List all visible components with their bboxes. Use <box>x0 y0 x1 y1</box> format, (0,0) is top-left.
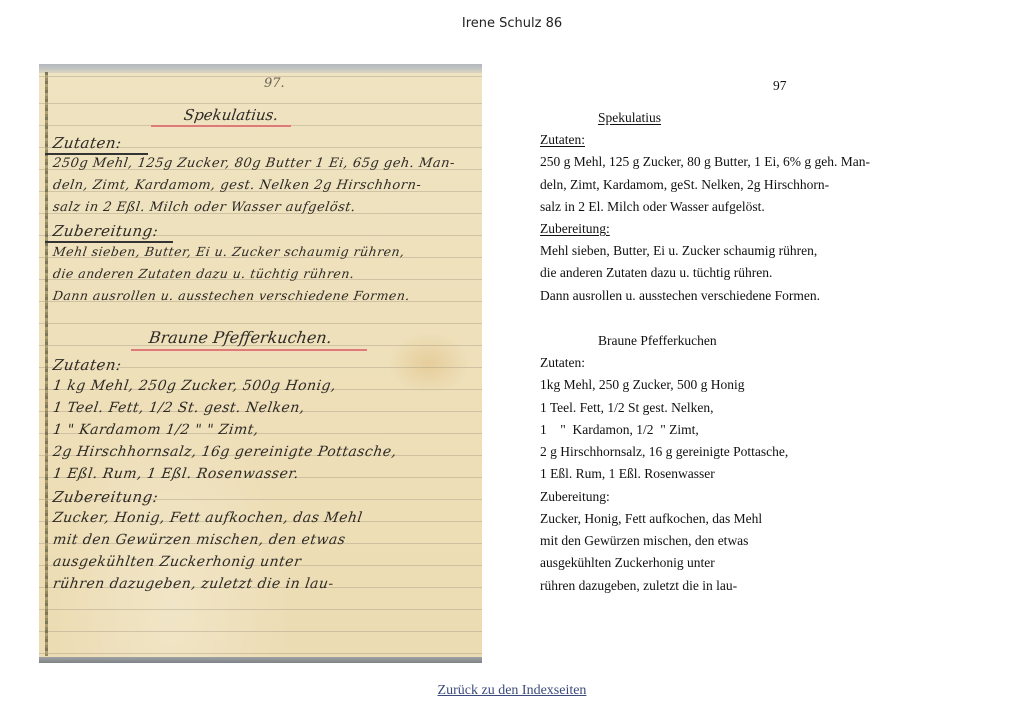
page-top-edge <box>39 64 482 73</box>
handwritten-line: salz in 2 Eßl. Milch oder Wasser aufgelö… <box>52 200 357 215</box>
notebook-binding <box>45 72 48 656</box>
handwritten-ingredients-label: Zutaten: <box>52 134 123 152</box>
handwritten-line: 1 kg Mehl, 250g Zucker, 500g Honig, <box>52 378 337 394</box>
preparation-line: ausgekühlten Zuckerhonig unter <box>540 555 715 571</box>
scanned-recipe-page-image: 97. Spekulatius. Zutaten: 250g Mehl, 125… <box>39 64 482 663</box>
transcription-page-number: 97 <box>773 78 787 94</box>
preparation-label: Zubereitung: <box>540 221 610 237</box>
label-underline <box>45 241 173 243</box>
preparation-line: Dann ausrollen u. ausstechen verschieden… <box>540 288 820 304</box>
handwritten-line: rühren dazugeben, zuletzt die in lau- <box>52 576 335 592</box>
handwritten-line: die anderen Zutaten dazu u. tüchtig rühr… <box>52 266 356 281</box>
ingredient-line: deln, Zimt, Kardamom, geSt. Nelken, 2g H… <box>540 177 829 193</box>
handwritten-ingredients-label: Zutaten: <box>52 356 123 374</box>
handwritten-line: Mehl sieben, Butter, Ei u. Zucker schaum… <box>52 244 406 259</box>
preparation-label: Zubereitung: <box>540 489 610 505</box>
handwritten-preparation-label: Zubereitung: <box>52 488 160 506</box>
handwritten-title-spekulatius: Spekulatius. <box>183 106 280 124</box>
page-bottom-edge <box>39 657 482 663</box>
preparation-line: rühren dazugeben, zuletzt die in lau- <box>540 578 737 594</box>
handwritten-line: deln, Zimt, Kardamom, gest. Nelken 2g Hi… <box>52 178 422 193</box>
preparation-line: mit den Gewürzen mischen, den etwas <box>540 533 748 549</box>
ingredient-line: 1 " Kardamon, 1/2 " Zimt, <box>540 422 699 438</box>
ingredient-line: 1 Eßl. Rum, 1 Eßl. Rosenwasser <box>540 466 715 482</box>
label-underline <box>45 153 148 155</box>
ingredient-line: salz in 2 El. Milch oder Wasser aufgelös… <box>540 199 765 215</box>
ingredients-label: Zutaten: <box>540 355 585 371</box>
ingredient-line: 1kg Mehl, 250 g Zucker, 500 g Honig <box>540 377 745 393</box>
handwritten-line: 1 " Kardamom 1/2 " " Zimt, <box>52 422 260 438</box>
red-title-underline <box>131 349 367 351</box>
handwritten-line: Zucker, Honig, Fett aufkochen, das Mehl <box>52 510 364 526</box>
recipe-title-pfefferkuchen: Braune Pfefferkuchen <box>598 333 717 349</box>
page-title: Irene Schulz 86 <box>0 16 1024 31</box>
preparation-line: Zucker, Honig, Fett aufkochen, das Mehl <box>540 511 762 527</box>
ingredient-line: 1 Teel. Fett, 1/2 St gest. Nelken, <box>540 400 714 416</box>
recipe-title-spekulatius: Spekulatius <box>598 110 661 126</box>
handwritten-line: 2g Hirschhornsalz, 16g gereinigte Pottas… <box>52 444 398 460</box>
handwritten-page-number: 97. <box>264 76 285 91</box>
preparation-line: die anderen Zutaten dazu u. tüchtig rühr… <box>540 265 772 281</box>
preparation-line: Mehl sieben, Butter, Ei u. Zucker schaum… <box>540 243 817 259</box>
handwritten-title-pfefferkuchen: Braune Pfefferkuchen. <box>148 328 334 347</box>
handwritten-line: ausgekühlten Zuckerhonig unter <box>52 554 302 570</box>
handwritten-preparation-label: Zubereitung: <box>52 222 160 240</box>
red-title-underline <box>151 125 291 127</box>
handwritten-line: 1 Teel. Fett, 1/2 St. gest. Nelken, <box>52 400 306 416</box>
ingredients-label: Zutaten: <box>540 132 585 148</box>
handwritten-line: Dann ausrollen u. ausstechen verschieden… <box>52 288 411 303</box>
handwritten-line: 1 Eßl. Rum, 1 Eßl. Rosenwasser. <box>52 466 300 482</box>
back-to-index-link[interactable]: Zurück zu den Indexseiten <box>438 683 587 698</box>
handwritten-line: mit den Gewürzen mischen, den etwas <box>52 532 347 548</box>
ingredient-line: 2 g Hirschhornsalz, 16 g gereinigte Pott… <box>540 444 788 460</box>
footer: Zurück zu den Indexseiten <box>0 683 1024 699</box>
handwritten-line: 250g Mehl, 125g Zucker, 80g Butter 1 Ei,… <box>52 156 456 171</box>
ingredient-line: 250 g Mehl, 125 g Zucker, 80 g Butter, 1… <box>540 154 870 170</box>
